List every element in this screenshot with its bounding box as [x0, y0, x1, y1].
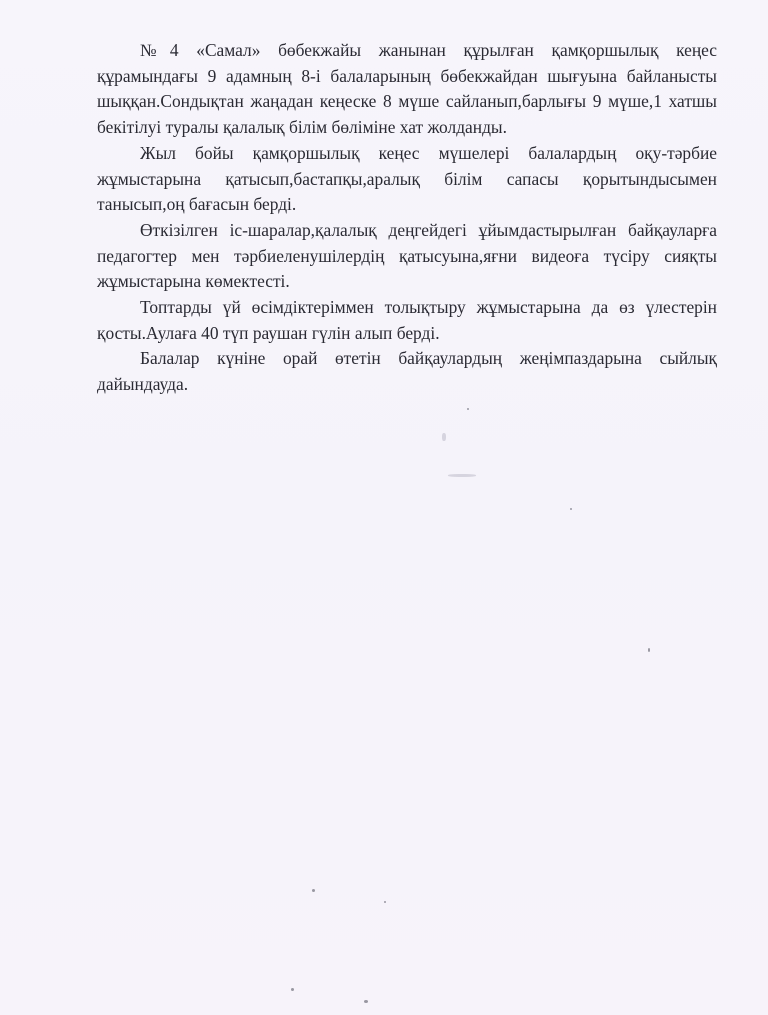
scan-speck — [467, 408, 469, 410]
paragraph-events-assistance: Өткізілген іс-шаралар,қалалық деңгейдегі… — [97, 218, 717, 295]
scanned-page: №4 «Самал» бөбекжайы жанынан құрылған қа… — [0, 0, 768, 1015]
scan-speck — [364, 1000, 368, 1003]
scan-speck — [291, 988, 294, 991]
scan-smudge — [442, 433, 446, 441]
paragraph-council-activity: Жыл бойы қамқоршылық кеңес мүшелері бала… — [97, 141, 717, 218]
scan-speck — [384, 901, 386, 903]
scan-smudge — [448, 474, 476, 477]
scan-speck — [648, 648, 650, 652]
paragraph-childrens-day-prizes: Балалар күніне орай өтетін байқаулардың … — [97, 346, 717, 397]
paragraph-council-composition: №4 «Самал» бөбекжайы жанынан құрылған қа… — [97, 38, 717, 141]
scan-speck — [312, 889, 315, 892]
document-body: №4 «Самал» бөбекжайы жанынан құрылған қа… — [97, 38, 717, 398]
paragraph-plants-contribution: Топтарды үй өсімдіктеріммен толықтыру жұ… — [97, 295, 717, 346]
scan-speck — [570, 508, 572, 510]
